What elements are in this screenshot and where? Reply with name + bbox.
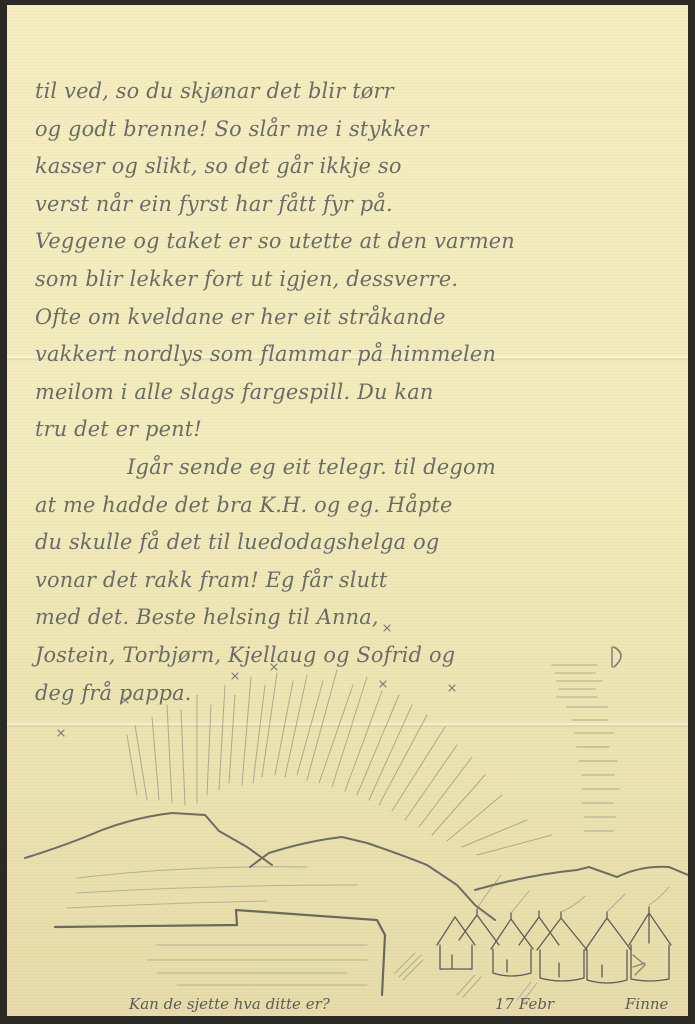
mountain-outline: [25, 813, 688, 920]
tent-icon: [437, 907, 671, 983]
aurora-rays-icon: [127, 670, 552, 855]
letter-page: til ved, so du skjønar det blir tørr og …: [7, 5, 688, 1016]
date-caption: 17 Febr: [495, 995, 554, 1013]
tents-caption: Finne: [625, 995, 668, 1013]
aurora-sketch: [7, 5, 688, 1016]
sketch-caption: Kan de sjette hva ditte er?: [129, 995, 330, 1013]
moon-icon: [614, 647, 621, 667]
star-icon: [58, 625, 455, 736]
